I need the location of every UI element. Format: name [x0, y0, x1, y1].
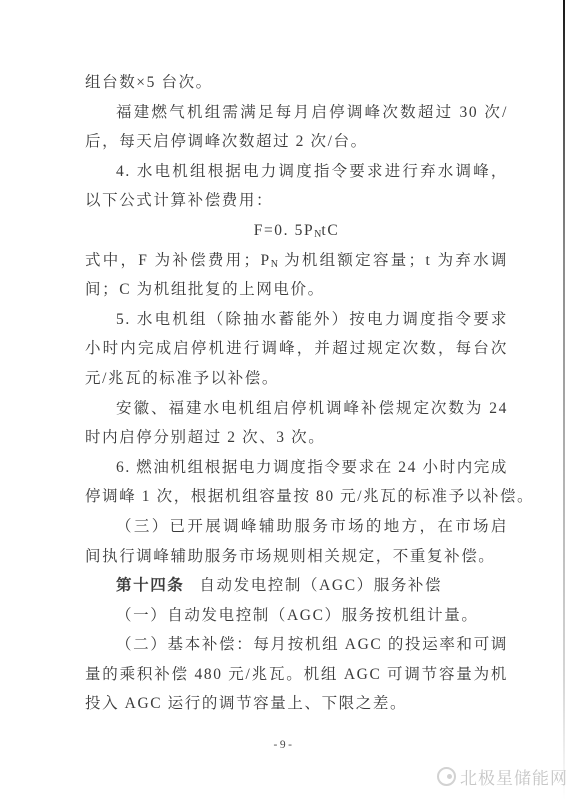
subscript-text: N [271, 259, 278, 270]
line-text: 时内启停分别超过 2 次、3 次。 [85, 429, 325, 446]
text-line: 后，每天启停调峰次数超过 2 次/台。 [85, 127, 508, 157]
line-text: 投入 AGC 运行的调节容量上、下限之差。 [85, 695, 407, 712]
line-text: F=0. 5P [254, 222, 314, 239]
line-text: 式中，F 为补偿费用；P [85, 252, 271, 269]
text-line: 组台数×5 台次。 [85, 68, 508, 98]
line-text: 5. 水电机组（除抽水蓄能外）按电力调度指令要求在 24 [116, 311, 508, 335]
line-text: 4. 水电机组根据电力调度指令要求进行弃水调峰，按照 [116, 163, 508, 187]
line-text: 小时内完成启停机进行调峰，并超过规定次数，每台次按 5 [85, 340, 508, 364]
text-line: 量的乘积补偿 480 元/兆瓦。机组 AGC 可调节容量为机组可 [85, 660, 508, 690]
line-text: 停调峰 1 次，根据机组容量按 80 元/兆瓦的标准予以补偿。 [85, 488, 534, 505]
text-line: 间；C 为机组批复的上网电价。 [85, 275, 508, 305]
line-text: 量的乘积补偿 480 元/兆瓦。机组 AGC 可调节容量为机组可 [85, 666, 508, 690]
line-text: （一）自动发电控制（AGC）服务按机组计量。 [116, 607, 478, 624]
line-text: tC [321, 222, 339, 239]
line-text: （三）已开展调峰辅助服务市场的地方，在市场启动期 [116, 518, 508, 542]
line-text: 组台数×5 台次。 [85, 74, 213, 91]
text-line: 元/兆瓦的标准予以补偿。 [85, 364, 508, 394]
line-text: 元/兆瓦的标准予以补偿。 [85, 370, 279, 387]
text-line: 式中，F 为补偿费用；PN 为机组额定容量；t 为弃水调峰时 [85, 246, 508, 276]
document-page: 组台数×5 台次。福建燃气机组需满足每月启停调峰次数超过 30 次/台后，每天启… [0, 0, 568, 800]
line-text: （二）基本补偿：每月按机组 AGC 的投运率和可调节容 [116, 636, 508, 660]
text-line: （三）已开展调峰辅助服务市场的地方，在市场启动期 [85, 512, 508, 542]
text-line: 安徽、福建水电机组启停机调峰补偿规定次数为 24 小 [85, 394, 508, 424]
watermark: 北极星储能网 [437, 764, 568, 789]
bjx-logo-icon [437, 767, 456, 786]
text-line: 时内启停分别超过 2 次、3 次。 [85, 423, 508, 453]
line-text: 安徽、福建水电机组启停机调峰补偿规定次数为 24 小 [116, 400, 508, 424]
document-body: 组台数×5 台次。福建燃气机组需满足每月启停调峰次数超过 30 次/台后，每天启… [85, 68, 508, 719]
text-line: （一）自动发电控制（AGC）服务按机组计量。 [85, 601, 508, 631]
text-line: 以下公式计算补偿费用： [85, 186, 508, 216]
page-number: -9- [0, 739, 568, 751]
line-text: 间执行调峰辅助服务市场规则相关规定，不重复补偿。 [85, 548, 495, 565]
watermark-text: 北极星储能网 [460, 764, 568, 789]
text-line: 6. 燃油机组根据电力调度指令要求在 24 小时内完成启 [85, 453, 508, 483]
text-line: 4. 水电机组根据电力调度指令要求进行弃水调峰，按照 [85, 157, 508, 187]
line-text: 6. 燃油机组根据电力调度指令要求在 24 小时内完成启 [116, 459, 508, 483]
text-line: 5. 水电机组（除抽水蓄能外）按电力调度指令要求在 24 [85, 305, 508, 335]
compensation-formula: F=0. 5PNtC [85, 216, 508, 246]
line-text: 以下公式计算补偿费用： [85, 192, 273, 209]
line-text: 后，每天启停调峰次数超过 2 次/台。 [85, 133, 368, 150]
text-line: 停调峰 1 次，根据机组容量按 80 元/兆瓦的标准予以补偿。 [85, 482, 508, 512]
text-line: 小时内完成启停机进行调峰，并超过规定次数，每台次按 5 [85, 334, 508, 364]
text-line: 福建燃气机组需满足每月启停调峰次数超过 30 次/台 [85, 98, 508, 128]
section-14-heading: 第十四条自动发电控制（AGC）服务补偿 [85, 571, 508, 601]
text-line: （二）基本补偿：每月按机组 AGC 的投运率和可调节容 [85, 630, 508, 660]
line-text: 福建燃气机组需满足每月启停调峰次数超过 30 次/台 [116, 104, 508, 128]
line-text: 间；C 为机组批复的上网电价。 [85, 281, 325, 298]
line-text: 自动发电控制（AGC）服务补偿 [199, 577, 442, 594]
text-line: 间执行调峰辅助服务市场规则相关规定，不重复补偿。 [85, 542, 508, 572]
text-line: 投入 AGC 运行的调节容量上、下限之差。 [85, 689, 508, 719]
line-text: 第十四条 [116, 577, 184, 594]
scan-edge-artifact [563, 0, 565, 800]
